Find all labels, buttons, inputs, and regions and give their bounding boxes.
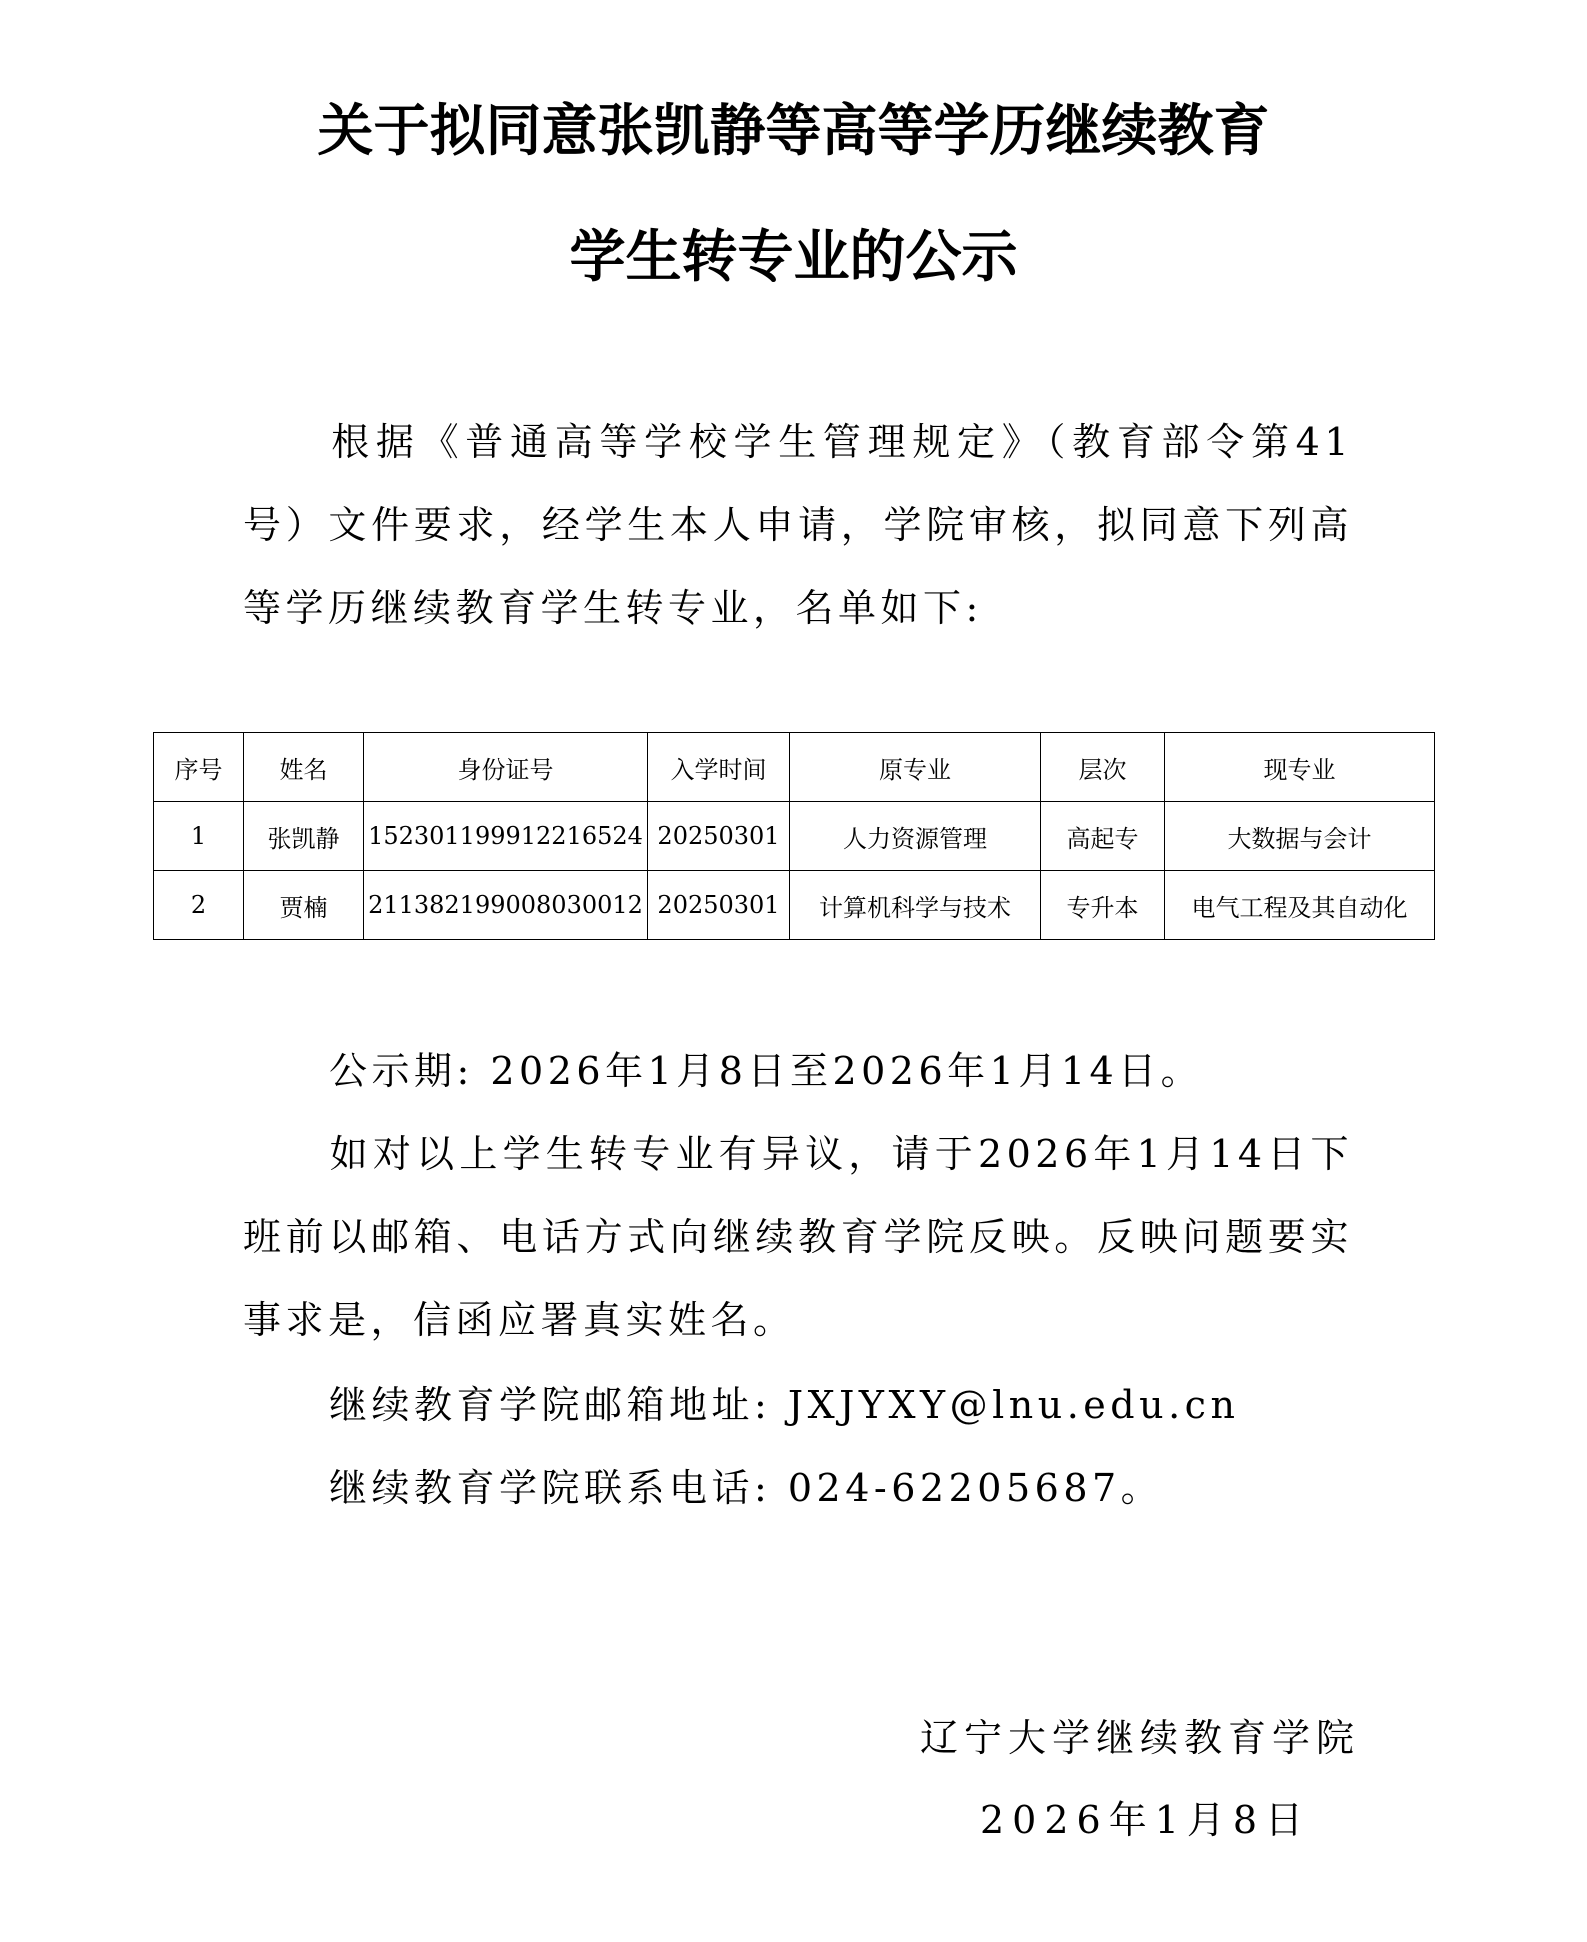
header-new-major: 现专业 [1165, 733, 1435, 802]
cell-enrollment-date: 20250301 [648, 871, 790, 940]
cell-new-major: 大数据与会计 [1165, 802, 1435, 871]
header-name: 姓名 [244, 733, 364, 802]
header-original-major: 原专业 [790, 733, 1041, 802]
cell-enrollment-date: 20250301 [648, 802, 790, 871]
table-row: 1 张凯静 152301199912216524 20250301 人力资源管理… [154, 802, 1435, 871]
cell-index: 2 [154, 871, 244, 940]
cell-original-major: 计算机科学与技术 [790, 871, 1041, 940]
cell-name: 贾楠 [244, 871, 364, 940]
objection-paragraph: 如对以上学生转专业有异议，请于2026年1月14日下班前以邮箱、电话方式向继续教… [243, 1113, 1353, 1362]
publicity-period-text: 公示期: 2026年1月8日至2026年1月14日。 [329, 1049, 1203, 1093]
contact-email: 继续教育学院邮箱地址: JXJYXY@lnu.edu.cn [329, 1364, 1239, 1447]
cell-id-number: 211382199008030012 [364, 871, 648, 940]
intro-text: 根据《普通高等学校学生管理规定》（教育部令第41号）文件要求，经学生本人申请，学… [243, 420, 1353, 630]
cell-original-major: 人力资源管理 [790, 802, 1041, 871]
signature-date: 2026年1月8日 [980, 1790, 1311, 1850]
signature-organization: 辽宁大学继续教育学院 [920, 1708, 1360, 1768]
cell-level: 专升本 [1041, 871, 1165, 940]
cell-new-major: 电气工程及其自动化 [1165, 871, 1435, 940]
transfer-student-table: 序号 姓名 身份证号 入学时间 原专业 层次 现专业 1 张凯静 1523011… [153, 732, 1435, 940]
cell-name: 张凯静 [244, 802, 364, 871]
document-title-line-1: 关于拟同意张凯静等高等学历继续教育 [0, 100, 1587, 164]
intro-paragraph: 根据《普通高等学校学生管理规定》（教育部令第41号）文件要求，经学生本人申请，学… [243, 401, 1353, 650]
objection-text: 如对以上学生转专业有异议，请于2026年1月14日下班前以邮箱、电话方式向继续教… [243, 1132, 1353, 1342]
table-header-row: 序号 姓名 身份证号 入学时间 原专业 层次 现专业 [154, 733, 1435, 802]
header-enrollment-date: 入学时间 [648, 733, 790, 802]
cell-id-number: 152301199912216524 [364, 802, 648, 871]
document-title-line-2: 学生转专业的公示 [0, 226, 1587, 290]
cell-index: 1 [154, 802, 244, 871]
header-level: 层次 [1041, 733, 1165, 802]
contact-phone: 继续教育学院联系电话: 024-62205687。 [329, 1447, 1163, 1530]
publicity-period: 公示期: 2026年1月8日至2026年1月14日。 [243, 1030, 1353, 1113]
cell-level: 高起专 [1041, 802, 1165, 871]
header-id-number: 身份证号 [364, 733, 648, 802]
table-row: 2 贾楠 211382199008030012 20250301 计算机科学与技… [154, 871, 1435, 940]
header-index: 序号 [154, 733, 244, 802]
